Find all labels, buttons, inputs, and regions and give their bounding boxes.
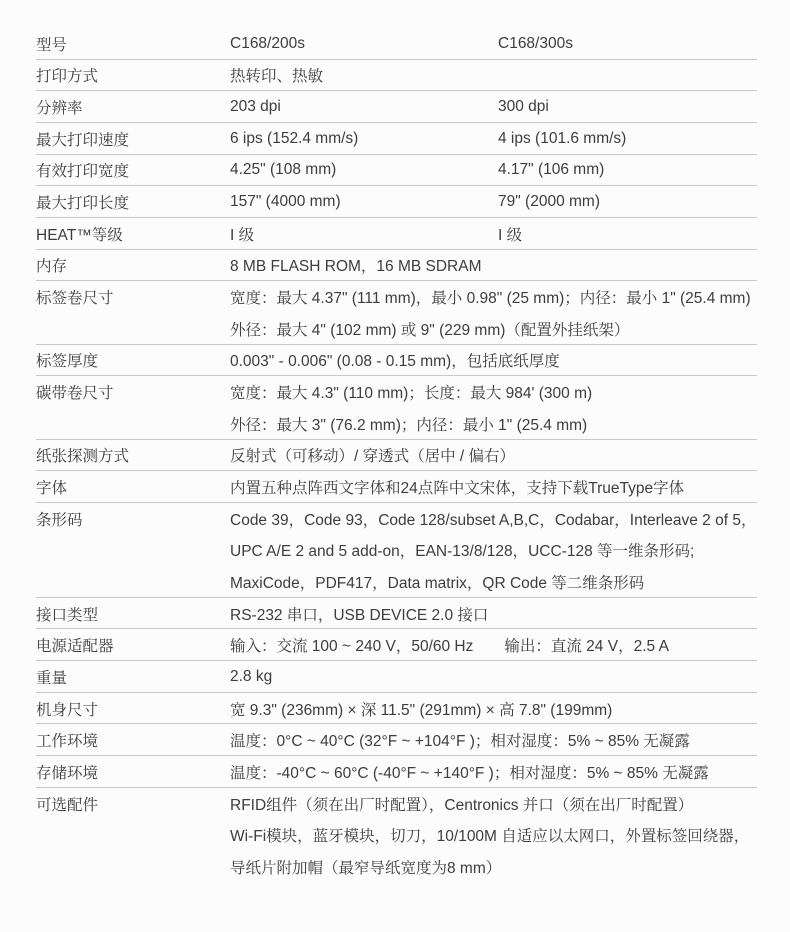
spec-row-content: C168/200sC168/300s bbox=[230, 28, 757, 60]
spec-value: Code 39，Code 93，Code 128/subset A,B,C，Co… bbox=[230, 508, 756, 530]
spec-value-line: 温度：-40°C ~ 60°C (-40°F ~ +140°F )；相对湿度：5… bbox=[230, 756, 757, 788]
spec-value-model1: C168/200s bbox=[230, 35, 498, 53]
spec-row-label: 标签厚度 bbox=[36, 345, 230, 377]
spec-value-line: 203 dpi300 dpi bbox=[230, 91, 757, 123]
spec-value-model2: I 级 bbox=[498, 223, 757, 245]
spec-value: 宽度：最大 4.3" (110 mm)；长度：最大 984' (300 m) bbox=[230, 381, 592, 403]
spec-value-line: 热转印、热敏 bbox=[230, 60, 757, 92]
spec-value: 热转印、热敏 bbox=[230, 64, 323, 86]
spec-value-model1: 203 dpi bbox=[230, 98, 498, 116]
spec-row: 接口类型RS-232 串口，USB DEVICE 2.0 接口 bbox=[36, 598, 757, 630]
spec-table: 型号C168/200sC168/300s打印方式热转印、热敏分辨率203 dpi… bbox=[36, 28, 757, 883]
spec-row: 重量2.8 kg bbox=[36, 661, 757, 693]
spec-value-model1: 6 ips (152.4 mm/s) bbox=[230, 130, 498, 148]
spec-row: 机身尺寸宽 9.3" (236mm) × 深 11.5" (291mm) × 高… bbox=[36, 693, 757, 725]
spec-value-model1: I 级 bbox=[230, 223, 498, 245]
spec-value-line: MaxiCode，PDF417，Data matrix，QR Code 等二维条… bbox=[230, 566, 757, 598]
spec-row-label: 条形码 bbox=[36, 503, 230, 535]
spec-value: RFID组件（须在出厂时配置），Centronics 并口（须在出厂时配置） bbox=[230, 793, 693, 815]
spec-row-content: 4.25" (108 mm)4.17" (106 mm) bbox=[230, 155, 757, 187]
spec-row-content: 宽度：最大 4.3" (110 mm)；长度：最大 984' (300 m)外径… bbox=[230, 376, 757, 439]
spec-row-content: 输入：交流 100 ~ 240 V，50/60 Hz 输出：直流 24 V，2.… bbox=[230, 629, 757, 661]
spec-value-line: UPC A/E 2 and 5 add-on，EAN-13/8/128，UCC-… bbox=[230, 535, 757, 567]
spec-value-line: Wi-Fi模块，蓝牙模块，切刀，10/100M 自适应以太网口，外置标签回绕器， bbox=[230, 819, 757, 851]
spec-row-content: 宽 9.3" (236mm) × 深 11.5" (291mm) × 高 7.8… bbox=[230, 693, 757, 725]
spec-row: 纸张探测方式反射式（可移动）/ 穿透式（居中 / 偏右） bbox=[36, 440, 757, 472]
spec-row-label: 存储环境 bbox=[36, 756, 230, 788]
spec-value-line: 输入：交流 100 ~ 240 V，50/60 Hz 输出：直流 24 V，2.… bbox=[230, 629, 757, 661]
spec-value-model2: 4 ips (101.6 mm/s) bbox=[498, 130, 757, 148]
spec-row: 打印方式热转印、热敏 bbox=[36, 60, 757, 92]
spec-row-label: 型号 bbox=[36, 28, 230, 60]
spec-row: 标签厚度0.003" - 0.006" (0.08 - 0.15 mm)，包括底… bbox=[36, 345, 757, 377]
spec-row-content: 温度：-40°C ~ 60°C (-40°F ~ +140°F )；相对湿度：5… bbox=[230, 756, 757, 788]
spec-value-line: 2.8 kg bbox=[230, 661, 757, 693]
spec-row-content: 宽度：最大 4.37" (111 mm)，最小 0.98" (25 mm)；内径… bbox=[230, 281, 757, 344]
spec-row-label: 可选配件 bbox=[36, 788, 230, 820]
spec-row-label: 接口类型 bbox=[36, 598, 230, 630]
spec-row-label: 电源适配器 bbox=[36, 629, 230, 661]
spec-value: MaxiCode，PDF417，Data matrix，QR Code 等二维条… bbox=[230, 571, 644, 593]
spec-value: 宽度：最大 4.37" (111 mm)，最小 0.98" (25 mm)；内径… bbox=[230, 286, 751, 308]
spec-value: 温度：0°C ~ 40°C (32°F ~ +104°F )；相对湿度：5% ~… bbox=[230, 729, 690, 751]
spec-row-content: I 级I 级 bbox=[230, 218, 757, 250]
spec-row-label: 纸张探测方式 bbox=[36, 440, 230, 472]
spec-row: 存储环境温度：-40°C ~ 60°C (-40°F ~ +140°F )；相对… bbox=[36, 756, 757, 788]
spec-row-label: 字体 bbox=[36, 471, 230, 503]
spec-row-label: 机身尺寸 bbox=[36, 693, 230, 725]
spec-row-label: 打印方式 bbox=[36, 60, 230, 92]
spec-row: 最大打印长度157" (4000 mm)79" (2000 mm) bbox=[36, 186, 757, 218]
spec-row: 内存8 MB FLASH ROM，16 MB SDRAM bbox=[36, 250, 757, 282]
spec-row-content: 温度：0°C ~ 40°C (32°F ~ +104°F )；相对湿度：5% ~… bbox=[230, 724, 757, 756]
spec-value: 外径：最大 3" (76.2 mm)；内径：最小 1" (25.4 mm) bbox=[230, 413, 587, 435]
spec-value: 输入：交流 100 ~ 240 V，50/60 Hz 输出：直流 24 V，2.… bbox=[230, 634, 669, 656]
spec-value: RS-232 串口，USB DEVICE 2.0 接口 bbox=[230, 603, 488, 625]
spec-value-line: 导纸片附加帽（最窄导纸宽度为8 mm） bbox=[230, 851, 757, 883]
spec-value-line: 外径：最大 4" (102 mm) 或 9" (229 mm)（配置外挂纸架） bbox=[230, 313, 757, 345]
spec-row-label: 最大打印速度 bbox=[36, 123, 230, 155]
spec-value-line: 8 MB FLASH ROM，16 MB SDRAM bbox=[230, 250, 757, 282]
spec-row-content: 203 dpi300 dpi bbox=[230, 91, 757, 123]
spec-row-label: 重量 bbox=[36, 661, 230, 693]
spec-row: 标签卷尺寸宽度：最大 4.37" (111 mm)，最小 0.98" (25 m… bbox=[36, 281, 757, 344]
spec-value: 反射式（可移动）/ 穿透式（居中 / 偏右） bbox=[230, 444, 515, 466]
spec-row-label: 分辨率 bbox=[36, 91, 230, 123]
spec-row-label: 内存 bbox=[36, 250, 230, 282]
spec-row-content: 6 ips (152.4 mm/s)4 ips (101.6 mm/s) bbox=[230, 123, 757, 155]
spec-value: 8 MB FLASH ROM，16 MB SDRAM bbox=[230, 254, 482, 276]
spec-value-line: 宽度：最大 4.3" (110 mm)；长度：最大 984' (300 m) bbox=[230, 376, 757, 408]
spec-value-line: I 级I 级 bbox=[230, 218, 757, 250]
spec-row-label: HEAT™等级 bbox=[36, 218, 230, 250]
spec-value-line: 157" (4000 mm)79" (2000 mm) bbox=[230, 186, 757, 218]
spec-row: 字体内置五种点阵西文字体和24点阵中文宋体，支持下载TrueType字体 bbox=[36, 471, 757, 503]
spec-value: 温度：-40°C ~ 60°C (-40°F ~ +140°F )；相对湿度：5… bbox=[230, 761, 709, 783]
spec-value-line: C168/200sC168/300s bbox=[230, 28, 757, 60]
spec-value: UPC A/E 2 and 5 add-on，EAN-13/8/128，UCC-… bbox=[230, 539, 694, 561]
spec-value-line: 6 ips (152.4 mm/s)4 ips (101.6 mm/s) bbox=[230, 123, 757, 155]
spec-value-model2: 4.17" (106 mm) bbox=[498, 161, 757, 179]
spec-value-model1: 157" (4000 mm) bbox=[230, 193, 498, 211]
spec-value-line: 0.003" - 0.006" (0.08 - 0.15 mm)，包括底纸厚度 bbox=[230, 345, 757, 377]
spec-value-line: 内置五种点阵西文字体和24点阵中文宋体，支持下载TrueType字体 bbox=[230, 471, 757, 503]
spec-row: 碳带卷尺寸宽度：最大 4.3" (110 mm)；长度：最大 984' (300… bbox=[36, 376, 757, 439]
spec-row-content: RFID组件（须在出厂时配置），Centronics 并口（须在出厂时配置）Wi… bbox=[230, 788, 757, 883]
spec-row: 有效打印宽度4.25" (108 mm)4.17" (106 mm) bbox=[36, 155, 757, 187]
spec-value-line: 4.25" (108 mm)4.17" (106 mm) bbox=[230, 155, 757, 187]
spec-row-label: 最大打印长度 bbox=[36, 186, 230, 218]
spec-row-content: 157" (4000 mm)79" (2000 mm) bbox=[230, 186, 757, 218]
spec-value-model2: 300 dpi bbox=[498, 98, 757, 116]
spec-row-content: 2.8 kg bbox=[230, 661, 757, 693]
spec-value-line: 宽度：最大 4.37" (111 mm)，最小 0.98" (25 mm)；内径… bbox=[230, 281, 757, 313]
spec-row: 工作环境温度：0°C ~ 40°C (32°F ~ +104°F )；相对湿度：… bbox=[36, 724, 757, 756]
spec-value-model2: 79" (2000 mm) bbox=[498, 193, 757, 211]
spec-row-content: Code 39，Code 93，Code 128/subset A,B,C，Co… bbox=[230, 503, 757, 598]
spec-row: 分辨率203 dpi300 dpi bbox=[36, 91, 757, 123]
spec-row-label: 工作环境 bbox=[36, 724, 230, 756]
spec-value-line: 外径：最大 3" (76.2 mm)；内径：最小 1" (25.4 mm) bbox=[230, 408, 757, 440]
spec-row-content: 热转印、热敏 bbox=[230, 60, 757, 92]
spec-value-line: RS-232 串口，USB DEVICE 2.0 接口 bbox=[230, 598, 757, 630]
spec-row: 条形码Code 39，Code 93，Code 128/subset A,B,C… bbox=[36, 503, 757, 598]
spec-value-model1: 4.25" (108 mm) bbox=[230, 161, 498, 179]
spec-row: 可选配件RFID组件（须在出厂时配置），Centronics 并口（须在出厂时配… bbox=[36, 788, 757, 883]
spec-row-content: 0.003" - 0.006" (0.08 - 0.15 mm)，包括底纸厚度 bbox=[230, 345, 757, 377]
spec-value-line: 温度：0°C ~ 40°C (32°F ~ +104°F )；相对湿度：5% ~… bbox=[230, 724, 757, 756]
spec-row-label: 碳带卷尺寸 bbox=[36, 376, 230, 408]
spec-value-line: RFID组件（须在出厂时配置），Centronics 并口（须在出厂时配置） bbox=[230, 788, 757, 820]
spec-row-content: 8 MB FLASH ROM，16 MB SDRAM bbox=[230, 250, 757, 282]
spec-value: Wi-Fi模块，蓝牙模块，切刀，10/100M 自适应以太网口，外置标签回绕器， bbox=[230, 824, 749, 846]
spec-value: 宽 9.3" (236mm) × 深 11.5" (291mm) × 高 7.8… bbox=[230, 698, 612, 720]
spec-row-content: 反射式（可移动）/ 穿透式（居中 / 偏右） bbox=[230, 440, 757, 472]
spec-row: HEAT™等级I 级I 级 bbox=[36, 218, 757, 250]
spec-row: 最大打印速度6 ips (152.4 mm/s)4 ips (101.6 mm/… bbox=[36, 123, 757, 155]
spec-row-content: RS-232 串口，USB DEVICE 2.0 接口 bbox=[230, 598, 757, 630]
spec-value-model2: C168/300s bbox=[498, 35, 757, 53]
spec-value: 内置五种点阵西文字体和24点阵中文宋体，支持下载TrueType字体 bbox=[230, 476, 684, 498]
spec-row-content: 内置五种点阵西文字体和24点阵中文宋体，支持下载TrueType字体 bbox=[230, 471, 757, 503]
spec-row: 电源适配器输入：交流 100 ~ 240 V，50/60 Hz 输出：直流 24… bbox=[36, 629, 757, 661]
spec-value-line: 宽 9.3" (236mm) × 深 11.5" (291mm) × 高 7.8… bbox=[230, 693, 757, 725]
spec-value: 0.003" - 0.006" (0.08 - 0.15 mm)，包括底纸厚度 bbox=[230, 349, 560, 371]
spec-value-line: Code 39，Code 93，Code 128/subset A,B,C，Co… bbox=[230, 503, 757, 535]
spec-row-label: 标签卷尺寸 bbox=[36, 281, 230, 313]
spec-value-line: 反射式（可移动）/ 穿透式（居中 / 偏右） bbox=[230, 440, 757, 472]
spec-value: 外径：最大 4" (102 mm) 或 9" (229 mm)（配置外挂纸架） bbox=[230, 318, 629, 340]
spec-row-label: 有效打印宽度 bbox=[36, 155, 230, 187]
spec-row: 型号C168/200sC168/300s bbox=[36, 28, 757, 60]
spec-value: 2.8 kg bbox=[230, 668, 272, 686]
spec-value: 导纸片附加帽（最窄导纸宽度为8 mm） bbox=[230, 856, 501, 878]
